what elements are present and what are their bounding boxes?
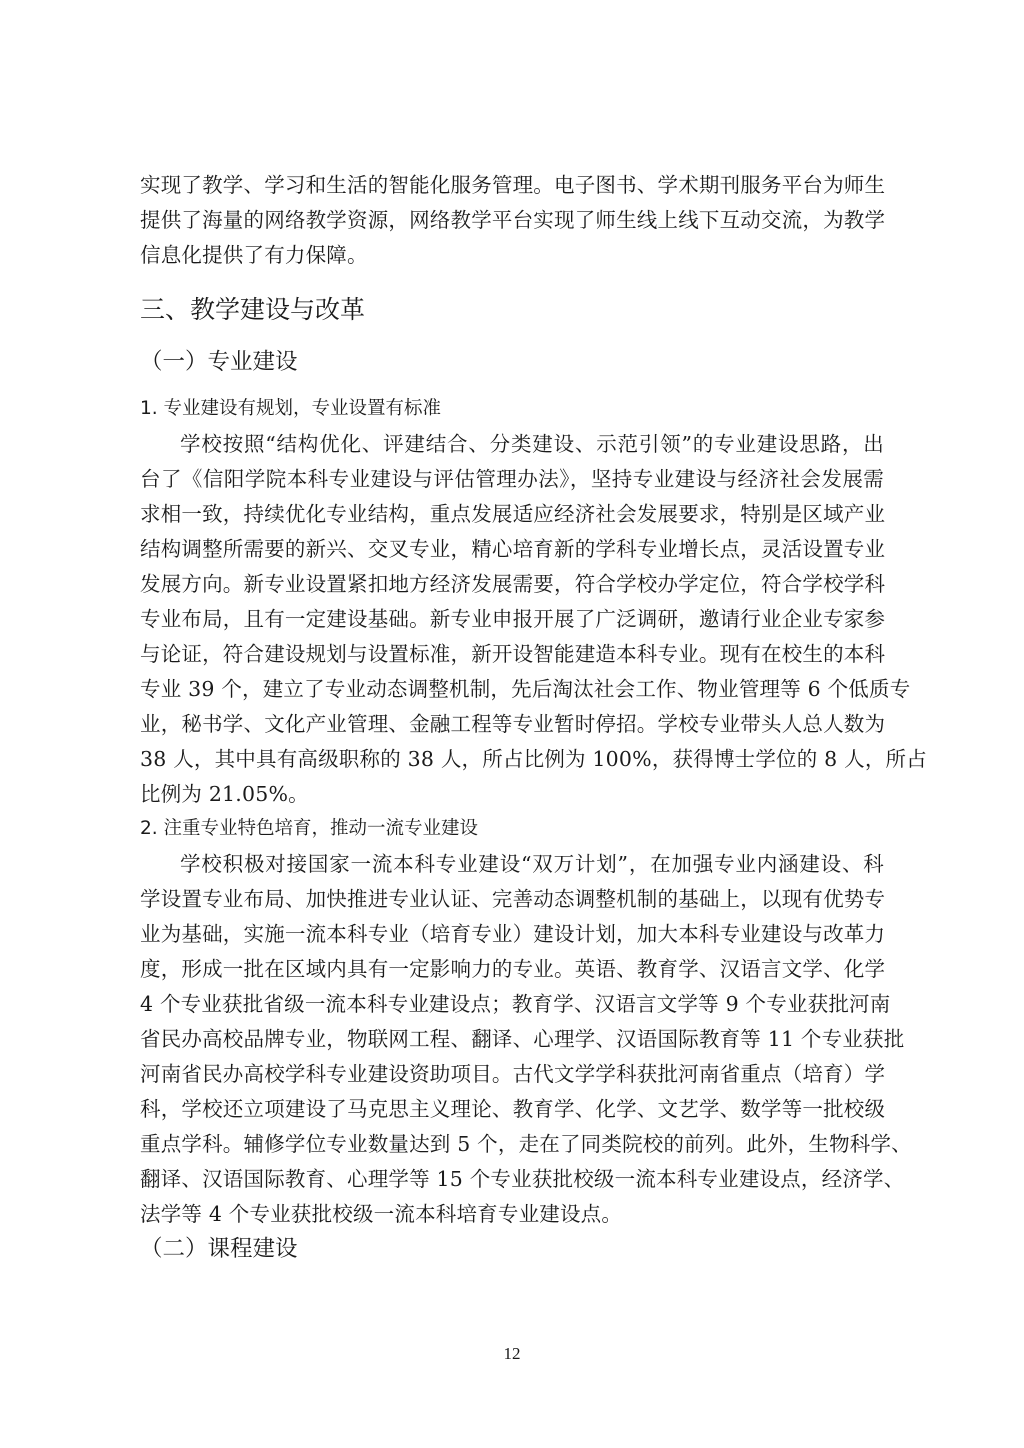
paragraph-line: 河南省民办高校学科专业建设资助项目。古代文学学科获批河南省重点（培育）学 xyxy=(140,1060,884,1088)
paragraph-line: 信息化提供了有力保障。 xyxy=(140,241,884,269)
paragraph-line: 与论证，符合建设规划与设置标准，新开设智能建造本科专业。现有在校生的本科 xyxy=(140,640,884,668)
paragraph-line: 学校积极对接国家一流本科专业建设“双万计划”，在加强专业内涵建设、科 xyxy=(180,850,884,878)
paragraph-line: 发展方向。新专业设置紧扣地方经济发展需要，符合学校办学定位，符合学校学科 xyxy=(140,570,884,598)
subsection-heading-1: （一）专业建设 xyxy=(140,347,298,377)
item-heading-1: 1. 专业建设有规划，专业设置有标准 xyxy=(140,396,441,422)
paragraph-line: 比例为 21.05%。 xyxy=(140,780,884,808)
section-heading: 三、教学建设与改革 xyxy=(140,294,365,326)
paragraph-line: 法学等 4 个专业获批校级一流本科培育专业建设点。 xyxy=(140,1200,884,1228)
paragraph-line: 科，学校还立项建设了马克思主义理论、教育学、化学、文艺学、数学等一批校级 xyxy=(140,1095,884,1123)
paragraph-line: 专业布局，且有一定建设基础。新专业申报开展了广泛调研，邀请行业企业专家参 xyxy=(140,605,884,633)
paragraph-line: 学校按照“结构优化、评建结合、分类建设、示范引领”的专业建设思路，出 xyxy=(180,430,884,458)
paragraph-line: 台了《信阳学院本科专业建设与评估管理办法》，坚持专业建设与经济社会发展需 xyxy=(140,465,884,493)
paragraph-line: 学设置专业布局、加快推进专业认证、完善动态调整机制的基础上，以现有优势专 xyxy=(140,885,884,913)
paragraph-line: 4 个专业获批省级一流本科专业建设点；教育学、汉语言文学等 9 个专业获批河南 xyxy=(140,990,884,1018)
paragraph-line: 省民办高校品牌专业，物联网工程、翻译、心理学、汉语国际教育等 11 个专业获批 xyxy=(140,1025,884,1053)
subsection-heading-2: （二）课程建设 xyxy=(140,1234,298,1264)
paragraph-line: 业为基础，实施一流本科专业（培育专业）建设计划，加大本科专业建设与改革力 xyxy=(140,920,884,948)
paragraph-line: 结构调整所需要的新兴、交叉专业，精心培育新的学科专业增长点，灵活设置专业 xyxy=(140,535,884,563)
paragraph-line: 专业 39 个，建立了专业动态调整机制，先后淘汰社会工作、物业管理等 6 个低质… xyxy=(140,675,884,703)
paragraph-line: 求相一致，持续优化专业结构，重点发展适应经济社会发展要求，特别是区域产业 xyxy=(140,500,884,528)
paragraph-line: 提供了海量的网络教学资源，网络教学平台实现了师生线上线下互动交流，为教学 xyxy=(140,206,884,234)
paragraph-line: 实现了教学、学习和生活的智能化服务管理。电子图书、学术期刊服务平台为师生 xyxy=(140,171,884,199)
document-page: 实现了教学、学习和生活的智能化服务管理。电子图书、学术期刊服务平台为师生 提供了… xyxy=(0,0,1024,1448)
paragraph-line: 翻译、汉语国际教育、心理学等 15 个专业获批校级一流本科专业建设点，经济学、 xyxy=(140,1165,884,1193)
paragraph-line: 业，秘书学、文化产业管理、金融工程等专业暂时停招。学校专业带头人总人数为 xyxy=(140,710,884,738)
page-number: 12 xyxy=(0,1343,1024,1365)
paragraph-line: 38 人，其中具有高级职称的 38 人，所占比例为 100%，获得博士学位的 8… xyxy=(140,745,884,773)
paragraph-line: 重点学科。辅修学位专业数量达到 5 个，走在了同类院校的前列。此外，生物科学、 xyxy=(140,1130,884,1158)
item-heading-2: 2. 注重专业特色培育，推动一流专业建设 xyxy=(140,816,478,842)
paragraph-line: 度，形成一批在区域内具有一定影响力的专业。英语、教育学、汉语言文学、化学 xyxy=(140,955,884,983)
